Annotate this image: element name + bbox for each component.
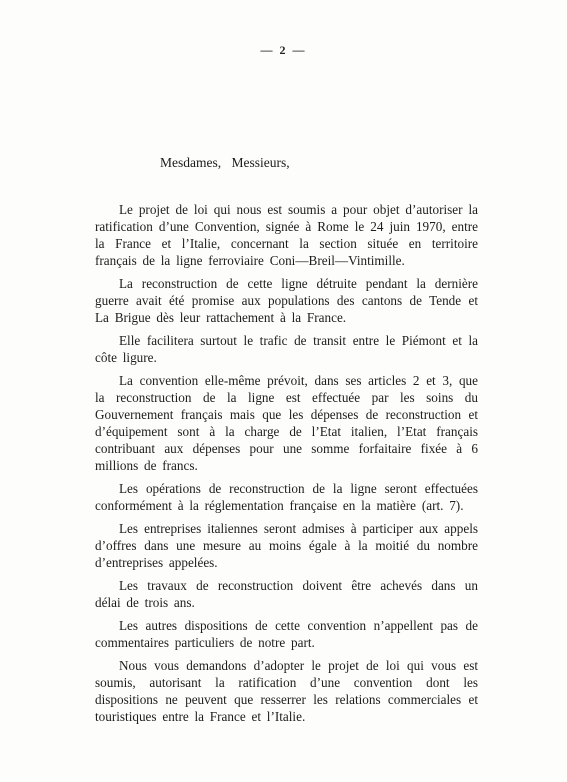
paragraph: Elle facilitera surtout le trafic de tra… — [95, 332, 478, 366]
paragraph: La convention elle-même prévoit, dans se… — [95, 372, 478, 474]
document-page: — 2 — Mesdames, Messieurs, Le projet de … — [0, 0, 567, 782]
paragraph: Les opérations de reconstruction de la l… — [95, 480, 478, 514]
paragraph: Les travaux de reconstruction doivent êt… — [95, 577, 478, 611]
paragraph: Les entreprises italiennes seront admise… — [95, 520, 478, 571]
paragraph: Les autres dispositions de cette convent… — [95, 617, 478, 651]
page-header: — 2 — — [0, 0, 567, 59]
paragraph: Le projet de loi qui nous est soumis a p… — [95, 201, 478, 269]
document-body: Le projet de loi qui nous est soumis a p… — [95, 201, 478, 725]
page-number: — 2 — — [261, 43, 307, 57]
paragraph: La reconstruction de cette ligne détruit… — [95, 275, 478, 326]
salutation: Mesdames, Messieurs, — [160, 154, 567, 171]
paragraph: Nous vous demandons d’adopter le projet … — [95, 657, 478, 725]
